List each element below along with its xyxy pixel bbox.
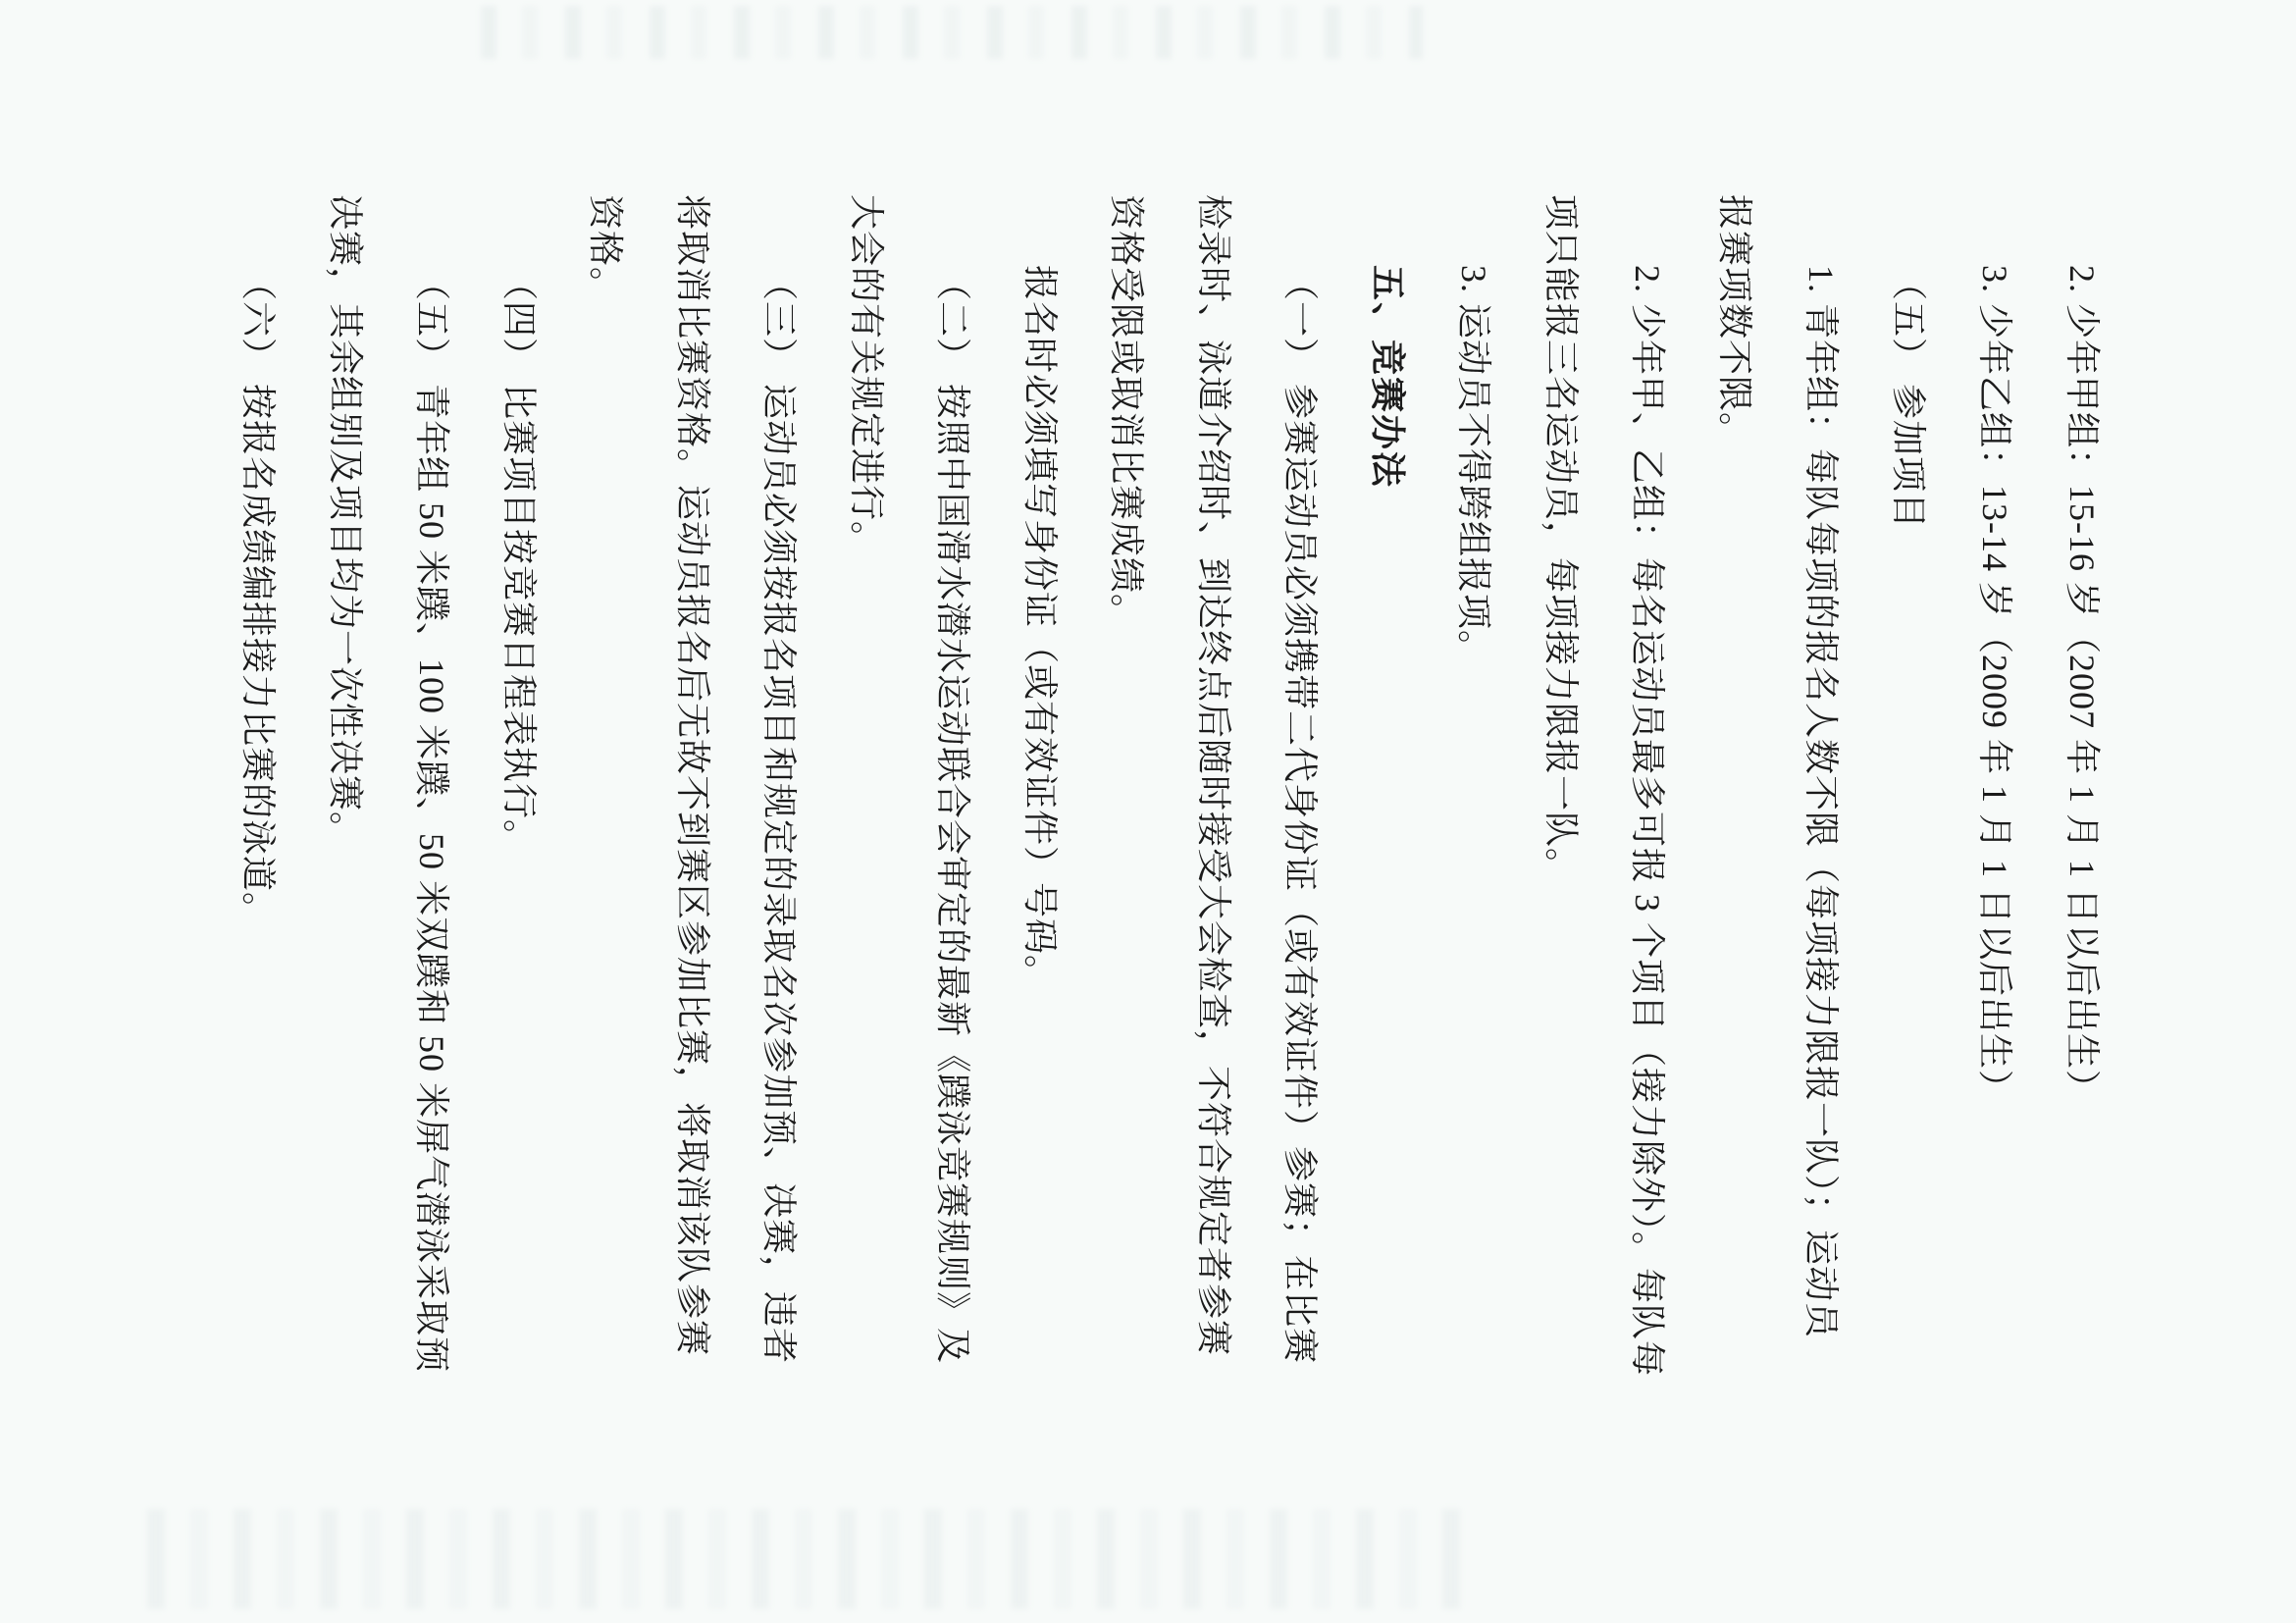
text-line: 报名时必须填写身份证（或有效证件）号码。 [997, 194, 1084, 1460]
text-line: 项只能报三名运动员，每项接力限报一队。 [1518, 194, 1605, 1460]
text-line: 资格受限或取消比赛成绩。 [1083, 194, 1171, 1460]
text-line: 2. 少年甲组：15-16 岁（2007 年 1 月 1 日以后出生） [2039, 194, 2126, 1460]
text-line: （六） 按报名成绩编排接力比赛的泳道。 [215, 194, 302, 1460]
text-line: （五） 参加项目 [1865, 194, 1953, 1460]
text-line: 报赛项数不限。 [1692, 194, 1779, 1460]
text-line: （五） 青年组 50 米蹼、100 米蹼、50 米双蹼和 50 米屏气潜泳采取预 [389, 194, 476, 1460]
text-line: （二） 按照中国滑水潜水运动联合会审定的最新《蹼泳竞赛规则》及 [910, 194, 997, 1460]
text-line: 将取消比赛资格。运动员报名后无故不到赛区参加比赛，将取消该队参赛 [650, 194, 737, 1460]
text-line: 3. 少年乙组：13-14 岁（2009 年 1 月 1 日以后出生） [1952, 194, 2039, 1460]
text-line: （三） 运动员必须按报名项目和规定的录取名次参加预、决赛，违者 [736, 194, 823, 1460]
text-line: 决赛，其余组别及项目均为一次性决赛。 [302, 194, 390, 1460]
text-line: 检录时、泳道介绍时、到达终点后随时接受大会检查，不符合规定者参赛 [1171, 194, 1258, 1460]
text-line: 1. 青年组：每队每项的报名人数不限（每项接力限报一队）；运动员 [1778, 194, 1865, 1460]
text-line: （一） 参赛运动员必须携带二代身份证（或有效证件）参赛；在比赛 [1257, 194, 1344, 1460]
text-line: 大会的有关规定进行。 [823, 194, 911, 1460]
section-heading-line: 五、竞赛办法 [1344, 194, 1432, 1460]
document-text-block: 2. 少年甲组：15-16 岁（2007 年 1 月 1 日以后出生）3. 少年… [215, 194, 2125, 1460]
text-line: 资格。 [562, 194, 650, 1460]
scanned-page: 2. 少年甲组：15-16 岁（2007 年 1 月 1 日以后出生）3. 少年… [0, 0, 2296, 1623]
text-line: （四） 比赛项目按竞赛日程表执行。 [476, 194, 563, 1460]
text-line: 2. 少年甲、乙组：每名运动员最多可报 3 个项目（接力除外）。每队每 [1604, 194, 1692, 1460]
text-line: 3. 运动员不得跨组报项。 [1431, 194, 1518, 1460]
